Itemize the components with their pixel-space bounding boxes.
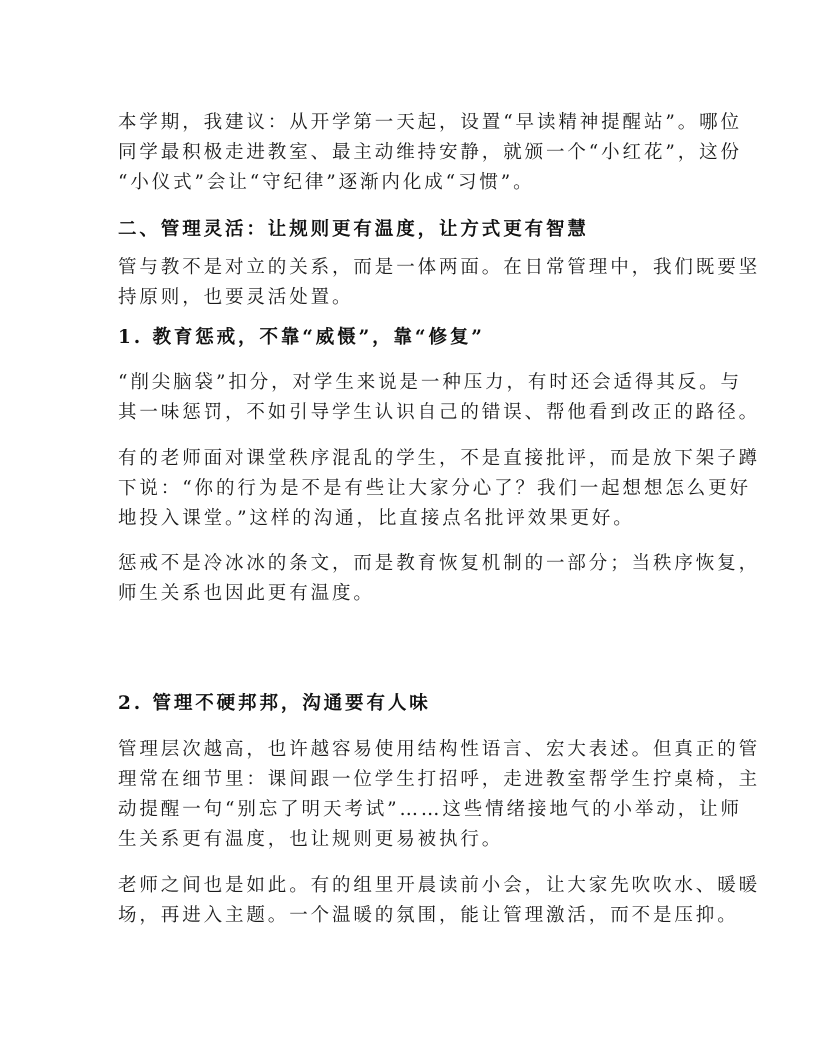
text-line: 理常在细节里：课间跟一位学生打招呼，走进教室帮学生拧桌椅，主 <box>118 769 760 791</box>
text-line: 老师之间也是如此。有的组里开晨读前小会，让大家先吹吹水、暖暖 <box>118 875 760 897</box>
subsection-heading-2: 2. 管理不硬邦邦，沟通要有人味 <box>118 693 431 715</box>
text-line: 同学最积极走进教室、最主动维持安静，就颁一个“小红花”，这份 <box>118 142 742 164</box>
text-line: 其一味惩罚，不如引导学生认识自己的错误、帮他看到改正的路径。 <box>118 402 760 424</box>
subsection-heading-1: 1. 教育惩戒，不靠“威慑”，靠“修复” <box>118 327 485 349</box>
text-line: 下说：“你的行为是不是有些让大家分心了？我们一起想想怎么更好 <box>118 478 751 500</box>
text-line: 管与教不是对立的关系，而是一体两面。在日常管理中，我们既要坚 <box>118 257 760 279</box>
text-line: 地投入课堂。”这样的沟通，比直接点名批评效果更好。 <box>118 508 635 530</box>
text-line: 生关系更有温度，也让规则更易被执行。 <box>118 829 503 851</box>
text-line: “小仪式”会让“守纪律”逐渐内化成“习惯”。 <box>118 172 535 194</box>
text-line: 动提醒一句“别忘了明天考试”……这些情绪接地气的小举动，让师 <box>118 799 742 821</box>
text-line: 本学期，我建议：从开学第一天起，设置“早读精神提醒站”。哪位 <box>118 112 742 134</box>
text-line: 有的老师面对课堂秩序混乱的学生，不是直接批评，而是放下架子蹲 <box>118 448 760 470</box>
text-line: 管理层次越高，也许越容易使用结构性语言、宏大表述。但真正的管 <box>118 739 760 761</box>
text-line: 持原则，也要灵活处置。 <box>118 287 353 309</box>
text-line: “削尖脑袋”扣分，对学生来说是一种压力，有时还会适得其反。与 <box>118 372 742 394</box>
text-line: 惩戒不是冷冰冰的条文，而是教育恢复机制的一部分；当秩序恢复， <box>118 553 760 575</box>
text-line: 师生关系也因此更有温度。 <box>118 583 375 605</box>
section-heading: 二、管理灵活：让规则更有温度，让方式更有智慧 <box>118 219 589 241</box>
text-line: 场，再进入主题。一个温暖的氛围，能让管理激活，而不是压抑。 <box>118 905 739 927</box>
